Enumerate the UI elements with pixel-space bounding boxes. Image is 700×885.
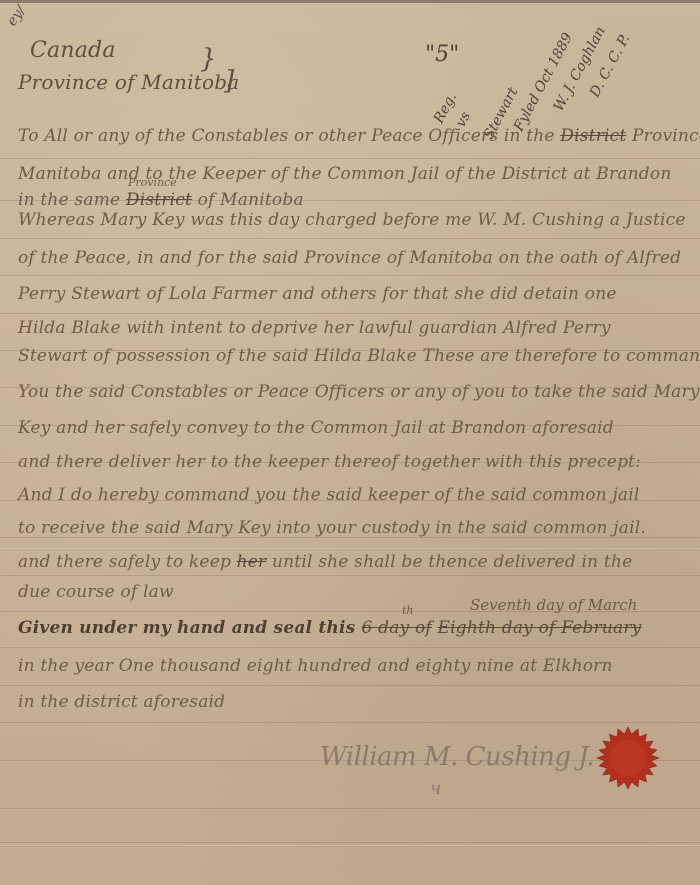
- text: Whereas Mary Key was this day charged be…: [18, 210, 686, 230]
- text: Stewart of possession of the said Hilda …: [18, 346, 700, 366]
- body-line-2: Manitoba and to the Keeper of the Common…: [18, 164, 671, 184]
- inserted-text: Province: [128, 176, 177, 189]
- ruled-line: [0, 647, 700, 648]
- signature: William M. Cushing J. P.: [320, 742, 621, 772]
- heading-bracket: }: [200, 44, 217, 74]
- ruled-line: [0, 685, 700, 686]
- text: Key and her safely convey to the Common …: [18, 418, 614, 438]
- text: to receive the said Mary Key into your c…: [18, 518, 646, 538]
- place-line: in the district aforesaid: [18, 692, 225, 712]
- docket-number: "5": [425, 42, 459, 67]
- text: Manitoba and to the Keeper of the Common…: [18, 164, 671, 184]
- body-line-9: You the said Constables or Peace Officer…: [18, 382, 700, 402]
- body-line-14: and there safely to keep her until she s…: [18, 552, 632, 572]
- docket-endorsement: "5" Reg. vs Stewart Fyled Oct 1889 W. J.…: [425, 18, 685, 128]
- body-line-7: Hilda Blake with intent to deprive her l…: [18, 318, 611, 338]
- body-line-15: due course of law: [18, 582, 174, 602]
- ruled-line: [0, 275, 700, 276]
- text: due course of law: [18, 582, 174, 602]
- body-line-8: Stewart of possession of the said Hilda …: [18, 346, 700, 366]
- text: and there safely to keep: [18, 552, 237, 572]
- text: Given under my hand and seal this: [18, 618, 362, 638]
- body-line-5: of the Peace, in and for the said Provin…: [18, 248, 681, 268]
- wax-seal-icon: [596, 726, 660, 790]
- fold-crease: [0, 845, 700, 847]
- body-line-13: to receive the said Mary Key into your c…: [18, 518, 646, 538]
- given-line: Given under my hand and seal this 6 day …: [18, 618, 641, 638]
- struck-text: her: [237, 552, 267, 572]
- ruled-line: [0, 313, 700, 314]
- fold-crease: [0, 548, 700, 550]
- body-line-11: and there deliver her to the keeper ther…: [18, 452, 641, 472]
- inserted-superscript: th: [402, 604, 414, 617]
- ruled-line: [0, 575, 700, 576]
- ruled-line: [0, 158, 700, 159]
- body-line-12: And I do hereby command you the said kee…: [18, 485, 640, 505]
- struck-text: District: [560, 126, 626, 146]
- ruled-line: [0, 238, 700, 239]
- struck-text: Eighth day of February: [437, 618, 641, 638]
- body-line-4: Whereas Mary Key was this day charged be…: [18, 210, 686, 230]
- ruled-line: [0, 808, 700, 809]
- body-line-3: in the same District of Manitoba: [18, 190, 304, 210]
- text: of the Peace, in and for the said Provin…: [18, 248, 681, 268]
- text: of Manitoba: [192, 190, 304, 210]
- text: until she shall be thence delivered in t…: [266, 552, 632, 572]
- signature-flourish: ч: [430, 778, 441, 799]
- paper-top-edge: [0, 0, 700, 3]
- ruled-line: [0, 842, 700, 843]
- text: And I do hereby command you the said kee…: [18, 485, 640, 505]
- body-line-1: To All or any of the Constables or other…: [18, 126, 700, 146]
- body-line-10: Key and her safely convey to the Common …: [18, 418, 614, 438]
- text: Hilda Blake with intent to deprive her l…: [18, 318, 611, 338]
- text: Province of: [626, 126, 700, 146]
- body-line-6: Perry Stewart of Lola Farmer and others …: [18, 284, 617, 304]
- heading-country: Canada: [30, 38, 116, 63]
- inserted-date: Seventh day of March: [470, 596, 637, 614]
- text: To All or any of the Constables or other…: [18, 126, 560, 146]
- heading-bracket-close: ]: [224, 66, 234, 96]
- struck-text: 6 day of: [362, 618, 432, 638]
- year-line: in the year One thousand eight hundred a…: [18, 656, 613, 676]
- text: Perry Stewart of Lola Farmer and others …: [18, 284, 617, 304]
- text: in the same: [18, 190, 126, 210]
- text: You the said Constables or Peace Officer…: [18, 382, 700, 402]
- text: and there deliver her to the keeper ther…: [18, 452, 641, 472]
- struck-text: District: [126, 190, 192, 210]
- ruled-line: [0, 722, 700, 723]
